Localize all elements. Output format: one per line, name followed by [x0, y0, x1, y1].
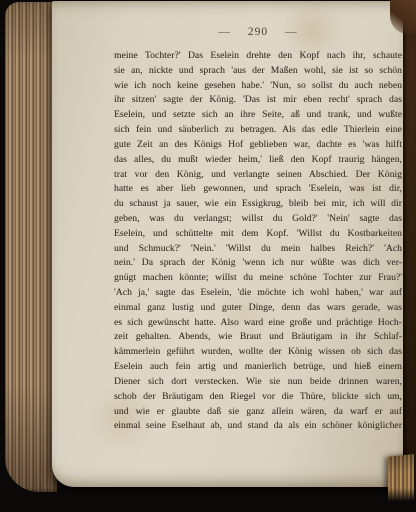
text-line: es sich gewünscht hatte. Also ward eine …	[114, 316, 402, 331]
text-line: schob der Bräutigam den Riegel vor die T…	[114, 390, 402, 405]
book-fore-edge-pages	[388, 454, 414, 512]
text-line: ihr sitzen' sagte der König. 'Das ist mi…	[114, 93, 402, 108]
text-line: nein.' Da sprach der König 'wenn ich nur…	[114, 256, 402, 271]
book-photo: — 290 — meine Tochter?' Das Eselein dreh…	[0, 0, 416, 512]
page-number: 290	[248, 26, 268, 38]
page-text-block: meine Tochter?' Das Eselein drehte den K…	[114, 49, 402, 434]
text-line: und Schmuck?' 'Nein.' 'Willst du mein ha…	[114, 242, 402, 257]
text-line: geben, was du verlangst; willst du Gold?…	[114, 212, 402, 227]
table-shadow	[0, 488, 416, 512]
text-line: wie ich noch keine gesehen habe.' 'Nun, …	[114, 79, 402, 94]
text-line: Eselein auch fein artig und manierlich b…	[114, 360, 402, 375]
page-header: — 290 —	[114, 26, 402, 38]
book-page-edges	[5, 2, 57, 492]
text-line: einmal ganz lustig und guter Dinge, denn…	[114, 301, 402, 316]
text-line: sich fein und säuberlich zu betragen. Al…	[114, 123, 402, 138]
text-line: gnügt machen könnte; willst du meine sch…	[114, 271, 402, 286]
text-line: Eselein, und setzte sich an ihre Seite, …	[114, 108, 402, 123]
header-dash-left: —	[218, 26, 231, 38]
text-line: trat vor den König, und verlangte seinen…	[114, 168, 402, 183]
text-line: meine Tochter?' Das Eselein drehte den K…	[114, 49, 402, 64]
text-line: hatte es aber lieb gewonnen, und sprach …	[114, 182, 402, 197]
text-line: gute Zeit an des Königs Hof geblieben wa…	[114, 138, 402, 153]
text-line: sie an, nickte und sprach 'aus der Maßen…	[114, 64, 402, 79]
text-line: das alles, du mußt wieder heim,' ließ de…	[114, 153, 402, 168]
header-dash-right: —	[285, 26, 298, 38]
text-line: Diener sich dort verstecken. Wie sie nun…	[114, 375, 402, 390]
text-line: 'Ach ja,' sagte das Eselein, 'die möchte…	[114, 286, 402, 301]
text-line: du schaust ja sauer, wie ein Essigkrug, …	[114, 197, 402, 212]
text-line: kämmerlein geführt wurden, wollte der Kö…	[114, 345, 402, 360]
book-page: — 290 — meine Tochter?' Das Eselein dreh…	[52, 1, 404, 487]
text-line: zeit gehalten. Abends, wie Braut und Brä…	[114, 330, 402, 345]
text-line: Eselein, und schüttelte mit dem Kopf. 'W…	[114, 227, 402, 242]
text-line: und wie er glaubte daß sie ganz allein w…	[114, 405, 402, 420]
book-cover-edge	[403, 0, 416, 512]
text-line: einmal seine Eselhaut ab, und stand da a…	[114, 419, 402, 434]
